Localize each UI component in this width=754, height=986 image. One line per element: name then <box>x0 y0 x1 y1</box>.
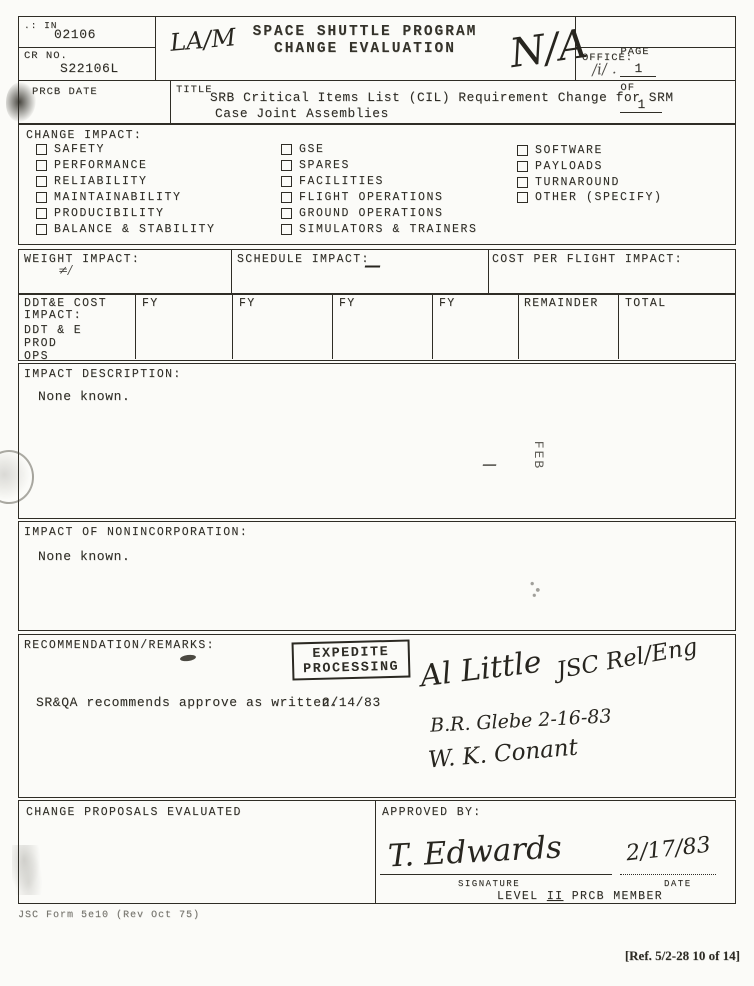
checkbox-row-reliability: RELIABILITY <box>36 175 148 188</box>
impacts-divider-1 <box>231 250 232 293</box>
checkbox-label: PERFORMANCE <box>54 159 148 172</box>
checkbox-row-software: SOFTWARE <box>517 144 603 157</box>
impacts-divider-2 <box>488 250 489 293</box>
checkbox-balance-stability <box>36 224 47 235</box>
checkbox-other <box>517 192 528 203</box>
checkbox-producibility <box>36 208 47 219</box>
approval-divider <box>375 801 376 903</box>
level-prefix: LEVEL <box>497 890 539 903</box>
impact-description-label: IMPACT DESCRIPTION: <box>24 368 182 381</box>
checkbox-row-performance: PERFORMANCE <box>36 159 148 172</box>
checkbox-row-payloads: PAYLOADS <box>517 160 603 173</box>
header-top-border <box>155 16 575 17</box>
checkbox-label: BALANCE & STABILITY <box>54 223 216 236</box>
checkbox-row-safety: SAFETY <box>36 143 105 156</box>
checkbox-row-balance-stability: BALANCE & STABILITY <box>36 223 216 236</box>
approved-by-label: APPROVED BY: <box>382 806 482 819</box>
checkbox-row-flight-operations: FLIGHT OPERATIONS <box>281 191 444 204</box>
date-stamp-feb: FEB <box>531 441 546 470</box>
checkbox-facilities <box>281 176 292 187</box>
cr-no-value: S22106L <box>60 61 119 76</box>
title-value-line1: SRB Critical Items List (CIL) Requiremen… <box>210 90 674 105</box>
nonincorporation-label: IMPACT OF NONINCORPORATION: <box>24 526 248 539</box>
cost-col-fy4: FY <box>439 297 456 310</box>
cost-row-ddte: DDT & E <box>24 324 82 337</box>
checkbox-label: SIMULATORS & TRAINERS <box>299 223 478 236</box>
checkbox-turnaround <box>517 177 528 188</box>
checkbox-label: RELIABILITY <box>54 175 148 188</box>
cost-header-line2: IMPACT: <box>24 309 82 322</box>
checkbox-label: SPARES <box>299 159 350 172</box>
cost-per-flight-label: COST PER FLIGHT IMPACT: <box>492 253 683 266</box>
checkbox-maintainability <box>36 192 47 203</box>
checkbox-row-gse: GSE <box>281 143 325 156</box>
level-roman: II <box>547 890 564 903</box>
checkbox-label: PAYLOADS <box>535 160 603 173</box>
checkbox-label: GSE <box>299 143 325 156</box>
checkbox-row-simulators-trainers: SIMULATORS & TRAINERS <box>281 223 478 236</box>
weight-impact-label: WEIGHT IMPACT: <box>24 253 140 266</box>
recommendation-text: SR&QA recommends approve as written. <box>36 695 338 710</box>
checkbox-label: OTHER (SPECIFY) <box>535 191 663 204</box>
checkbox-row-facilities: FACILITIES <box>281 175 384 188</box>
checkbox-label: TURNAROUND <box>535 176 620 189</box>
checkbox-spares <box>281 160 292 171</box>
checkbox-label: FLIGHT OPERATIONS <box>299 191 444 204</box>
checkbox-simulators-trainers <box>281 224 292 235</box>
checkbox-row-other: OTHER (SPECIFY) <box>517 191 663 204</box>
signature-caption: SIGNATURE <box>458 879 520 889</box>
cost-col-divider <box>135 295 136 359</box>
cost-row-prod: PROD <box>24 337 57 350</box>
checkbox-row-turnaround: TURNAROUND <box>517 176 620 189</box>
recommendation-date: 2/14/83 <box>322 695 381 710</box>
checkbox-software <box>517 145 528 156</box>
checkbox-performance <box>36 160 47 171</box>
cost-col-remainder: REMAINDER <box>524 297 599 310</box>
checkbox-row-producibility: PRODUCIBILITY <box>36 207 165 220</box>
checkbox-label: SOFTWARE <box>535 144 603 157</box>
cost-col-fy1: FY <box>142 297 159 310</box>
routing-handwriting: LA/M <box>169 23 237 57</box>
checkbox-row-maintainability: MAINTAINABILITY <box>36 191 182 204</box>
in-value: 02106 <box>54 27 96 42</box>
title-row-divider <box>170 81 171 123</box>
stamp-line2: PROCESSING <box>294 660 408 678</box>
weight-handwriting-mark: ≠/ <box>58 263 72 277</box>
cost-row-ops: OPS <box>24 350 49 363</box>
change-proposals-label: CHANGE PROPOSALS EVALUATED <box>26 806 242 819</box>
date-line <box>620 874 716 875</box>
reference-note: [Ref. 5/2-28 10 of 14] <box>556 948 740 964</box>
office-handwriting: /i/ . <box>591 59 617 79</box>
checkbox-row-ground-operations: GROUND OPERATIONS <box>281 207 444 220</box>
scanned-form-page: .: IN 02106 CR NO. S22106L SPACE SHUTTLE… <box>0 0 754 986</box>
cost-col-divider <box>618 295 619 359</box>
cost-col-total: TOTAL <box>625 297 667 310</box>
checkbox-row-spares: SPARES <box>281 159 350 172</box>
cost-col-divider <box>332 295 333 359</box>
expedite-processing-stamp: EXPEDITE PROCESSING <box>292 639 411 680</box>
change-impact-label: CHANGE IMPACT: <box>26 129 142 142</box>
level-suffix: PRCB MEMBER <box>572 890 663 903</box>
prcb-date-label: PRCB DATE <box>32 86 98 98</box>
impact-description-value: None known. <box>38 389 130 404</box>
signature-line <box>380 874 612 875</box>
checkbox-label: GROUND OPERATIONS <box>299 207 444 220</box>
checkbox-label: PRODUCIBILITY <box>54 207 165 220</box>
stamp-dash-mark: — <box>482 455 497 473</box>
schedule-handwriting-mark: — <box>364 256 381 276</box>
checkbox-label: FACILITIES <box>299 175 384 188</box>
nonincorporation-value: None known. <box>38 549 130 564</box>
in-label: .: IN <box>24 20 58 31</box>
recommendation-label: RECOMMENDATION/REMARKS: <box>24 639 215 652</box>
level-member-label: LEVEL II PRCB MEMBER <box>497 890 663 903</box>
title-label: TITLE <box>176 84 213 96</box>
cost-col-divider <box>232 295 233 359</box>
checkbox-reliability <box>36 176 47 187</box>
header-id-divider <box>19 47 155 48</box>
form-number: JSC Form 5e10 (Rev Oct 75) <box>18 910 200 921</box>
checkbox-label: MAINTAINABILITY <box>54 191 182 204</box>
checkbox-gse <box>281 144 292 155</box>
checkbox-ground-operations <box>281 208 292 219</box>
checkbox-label: SAFETY <box>54 143 105 156</box>
checkbox-flight-operations <box>281 192 292 203</box>
title-value-line2: Case Joint Assemblies <box>215 106 389 121</box>
schedule-impact-label: SCHEDULE IMPACT: <box>237 253 370 266</box>
cost-col-fy2: FY <box>239 297 256 310</box>
cost-col-divider <box>432 295 433 359</box>
cost-col-divider <box>518 295 519 359</box>
checkbox-payloads <box>517 161 528 172</box>
impact-description-box <box>18 363 736 519</box>
cost-col-fy3: FY <box>339 297 356 310</box>
checkbox-safety <box>36 144 47 155</box>
date-caption: DATE <box>664 879 692 889</box>
